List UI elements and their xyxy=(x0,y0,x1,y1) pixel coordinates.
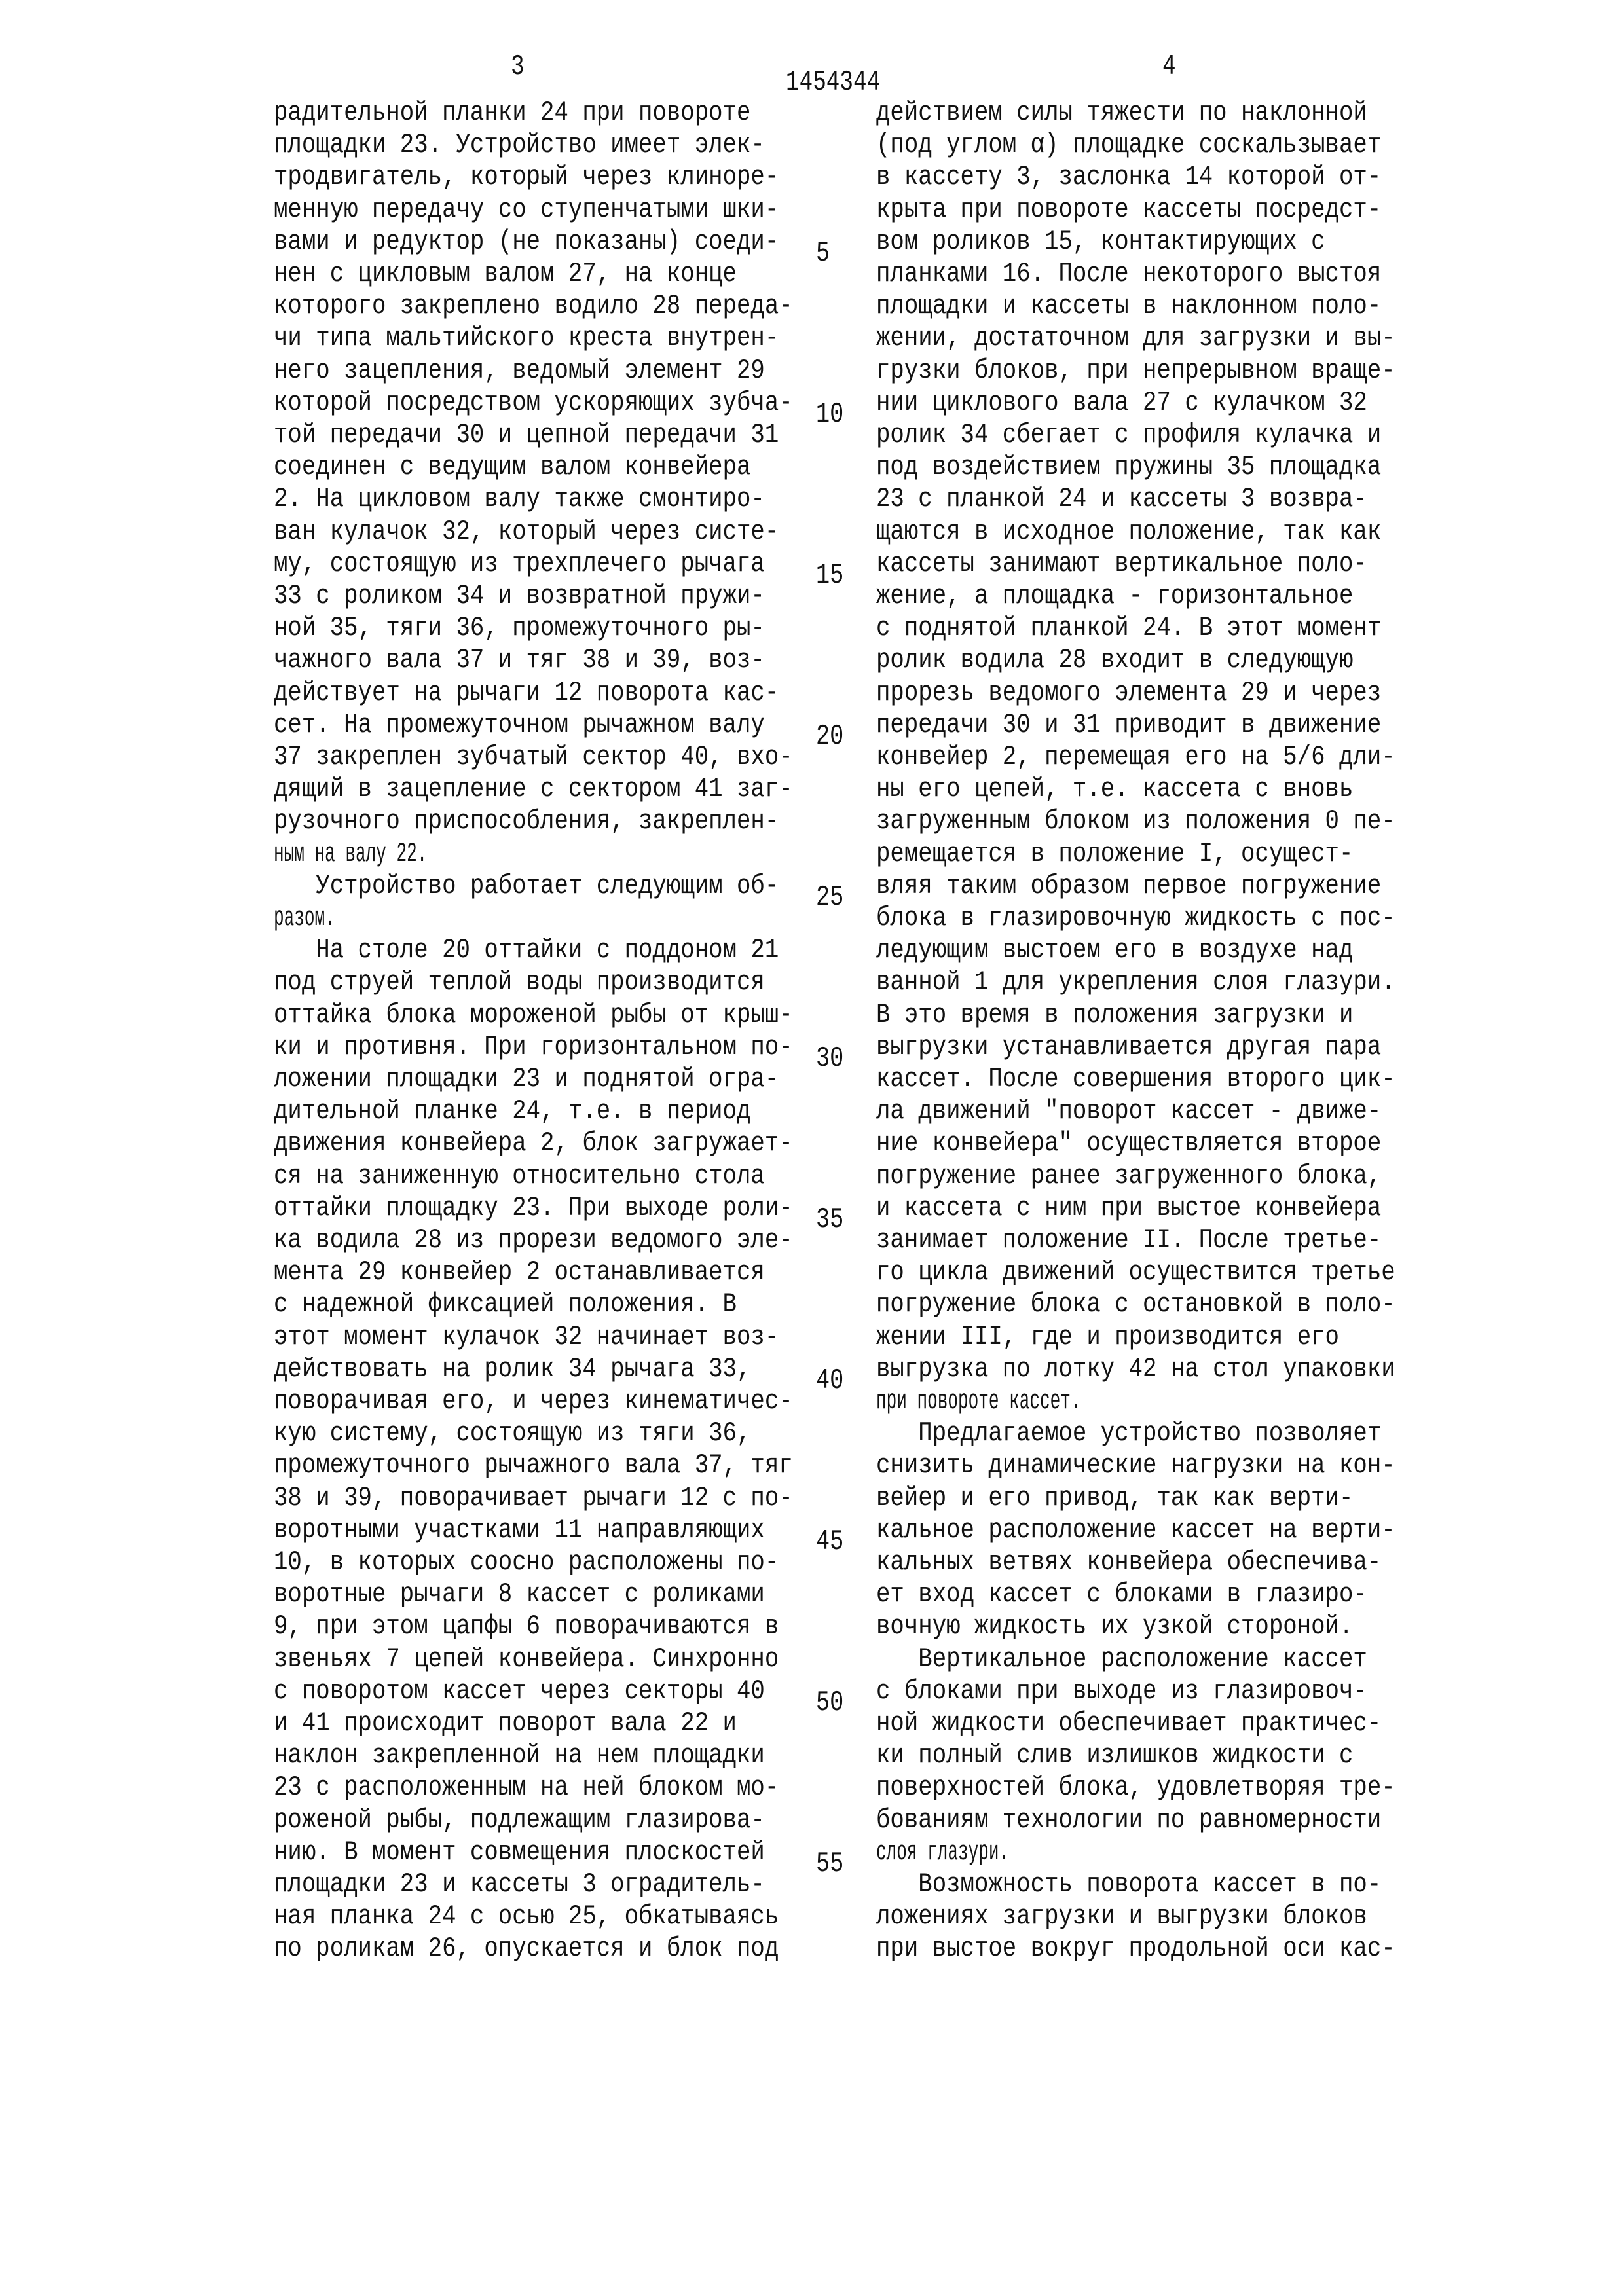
line-number-marker: 5 xyxy=(816,235,830,273)
line-number-marker: 45 xyxy=(816,1523,843,1561)
line-number-marker: 35 xyxy=(816,1201,843,1239)
patent-number: 1454344 xyxy=(786,63,880,102)
line-number-marker: 40 xyxy=(816,1362,843,1400)
text-line: по роликам 26, опускается и блок под xyxy=(274,1933,779,1971)
page-number-right: 4 xyxy=(1162,47,1176,86)
line-number-marker: 55 xyxy=(816,1846,843,1884)
line-number-marker: 15 xyxy=(816,557,843,595)
line-number-marker: 10 xyxy=(816,396,843,434)
text-line: при выстое вокруг продольной оси кас- xyxy=(876,1933,1395,1971)
line-number-marker: 20 xyxy=(816,718,843,756)
line-number-marker: 50 xyxy=(816,1685,843,1722)
page-number-left: 3 xyxy=(511,47,525,86)
line-number-marker: 30 xyxy=(816,1040,843,1078)
line-number-marker: 25 xyxy=(816,879,843,917)
text-line: Устройство работает следующим об- xyxy=(274,870,779,908)
